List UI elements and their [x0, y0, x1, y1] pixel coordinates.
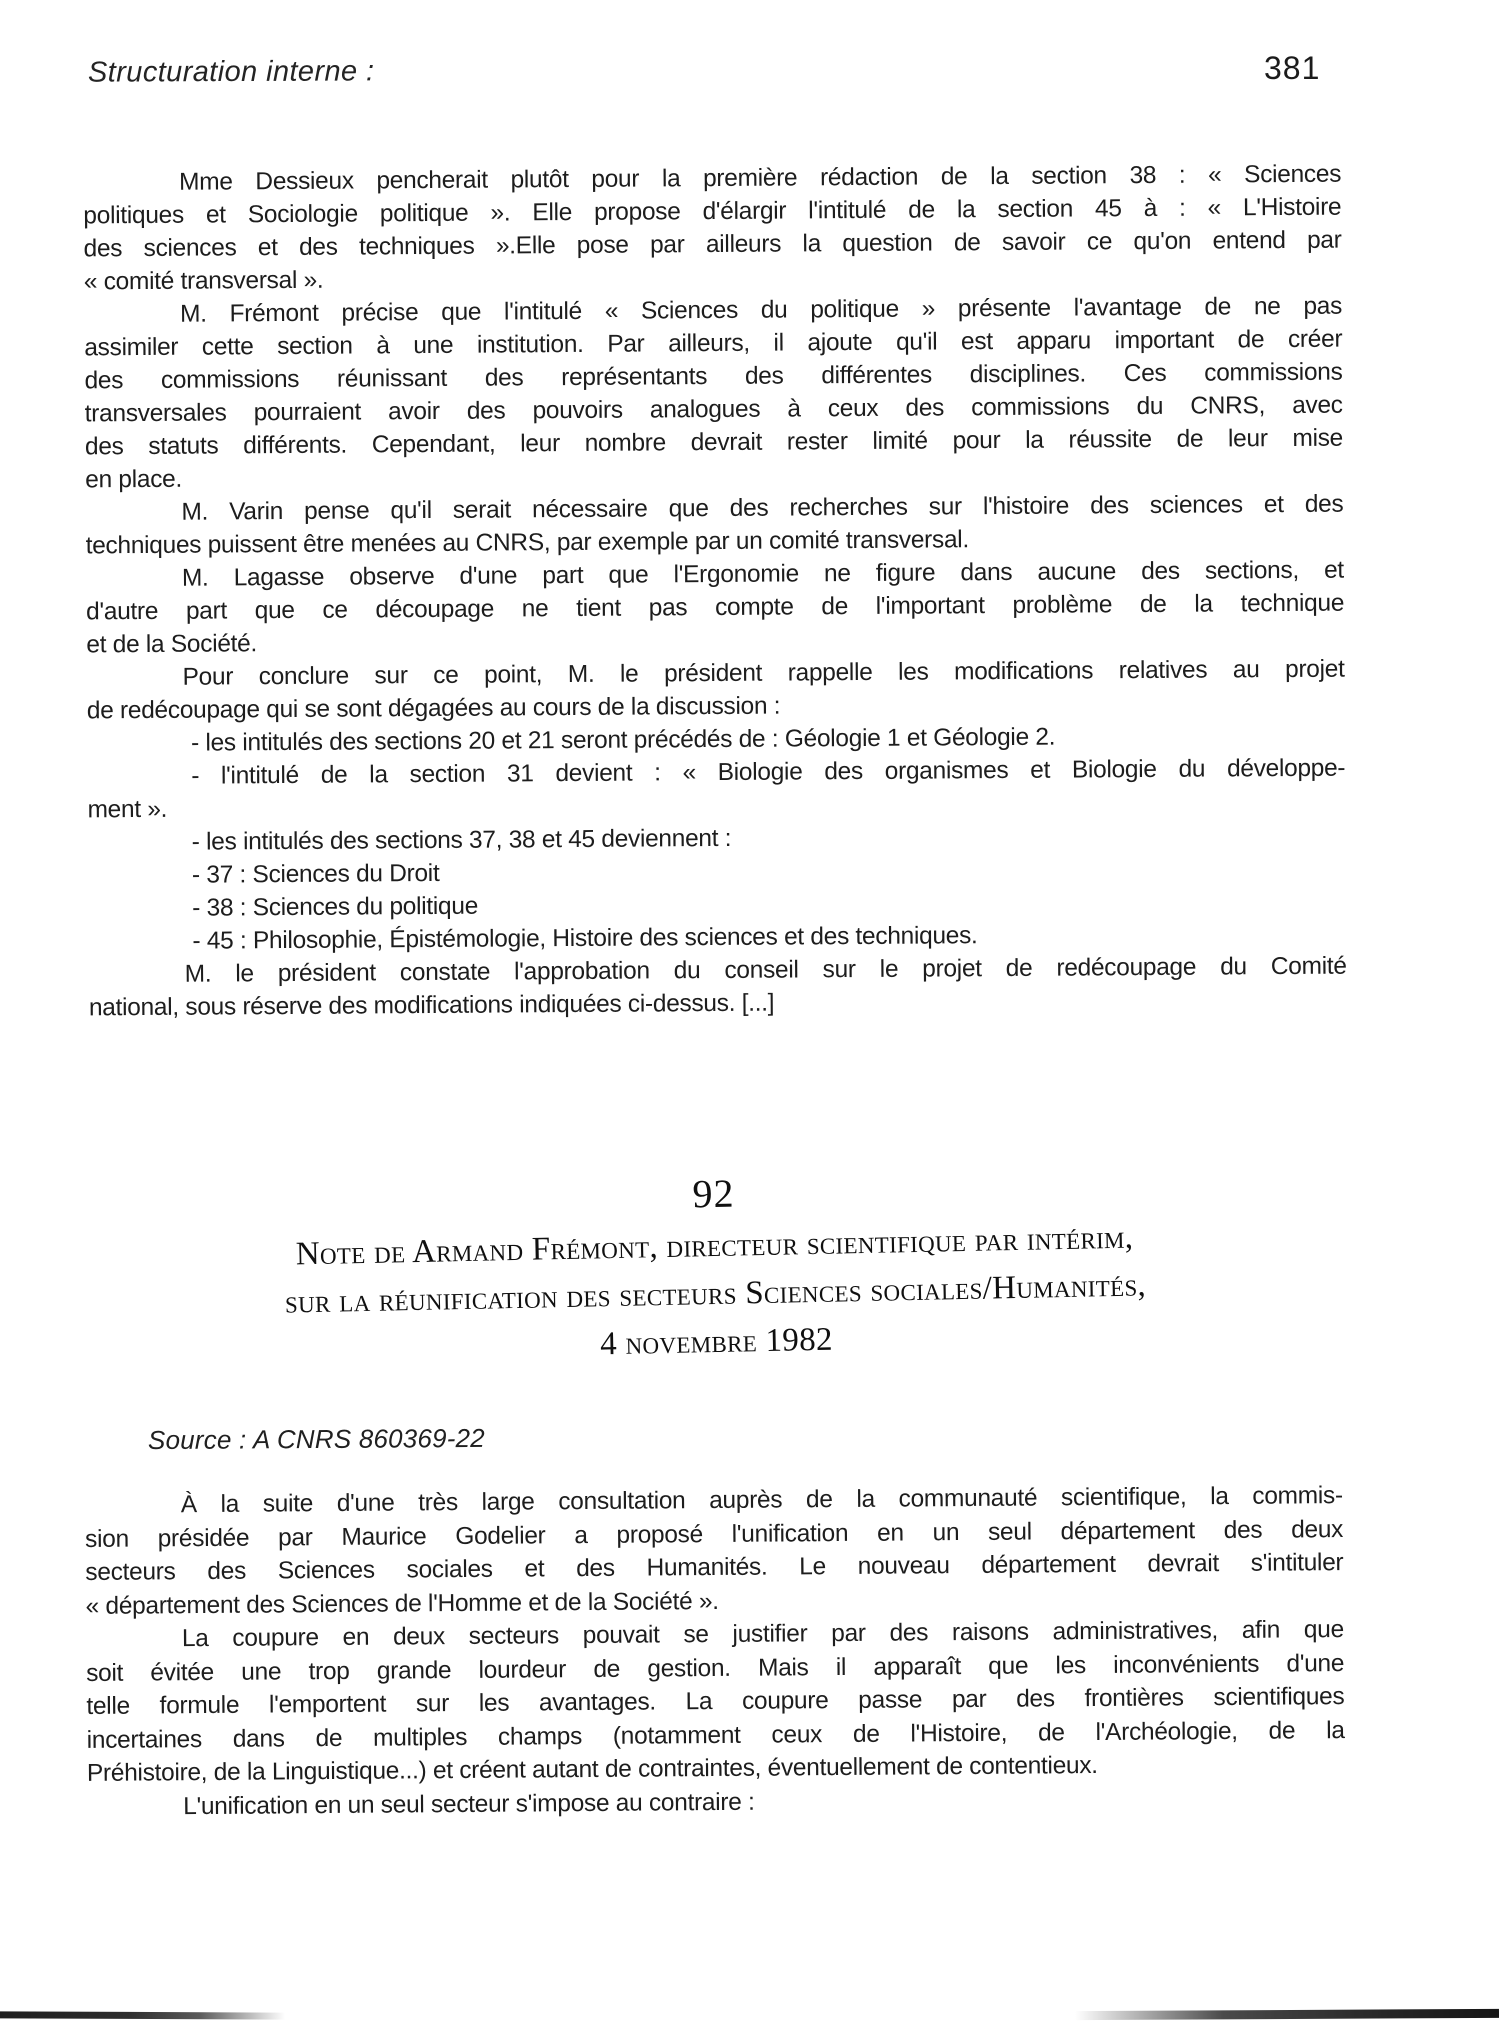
list-item: - l'intitulé de la section 31 devient : …	[87, 752, 1345, 827]
paragraph: M. Varin pense qu'il serait nécessaire q…	[85, 488, 1343, 563]
paragraph: M. le président constate l'approbation d…	[89, 950, 1347, 1025]
running-header: Structuration interne :	[88, 55, 375, 89]
paragraph: M. Lagasse observe d'une part que l'Ergo…	[86, 554, 1345, 662]
scan-artifact-bottom-right	[1075, 2009, 1499, 2020]
paragraph: À la suite d'une très large consultation…	[85, 1479, 1344, 1623]
note-text-block: À la suite d'une très large consultation…	[85, 1479, 1346, 1824]
entry-title: Note de Armand Frémont, directeur scient…	[85, 1209, 1346, 1378]
minutes-text-block: Mme Dessieux pencherait plutôt pour la p…	[83, 158, 1347, 1025]
source-line: Source : A CNRS 860369-22	[148, 1423, 485, 1456]
entry-heading: 92 Note de Armand Frémont, directeur sci…	[84, 1159, 1346, 1378]
paragraph: Mme Dessieux pencherait plutôt pour la p…	[83, 158, 1342, 299]
paragraph: Pour conclure sur ce point, M. le présid…	[86, 653, 1344, 728]
scan-artifact-bottom-left	[0, 2011, 285, 2019]
scanned-book-page: Structuration interne : 381 Mme Dessieux…	[0, 0, 1499, 2022]
paragraph: La coupure en deux secteurs pouvait se j…	[86, 1613, 1345, 1790]
page-number: 381	[1264, 50, 1320, 87]
paragraph: M. Frémont précise que l'intitulé « Scie…	[84, 290, 1343, 497]
